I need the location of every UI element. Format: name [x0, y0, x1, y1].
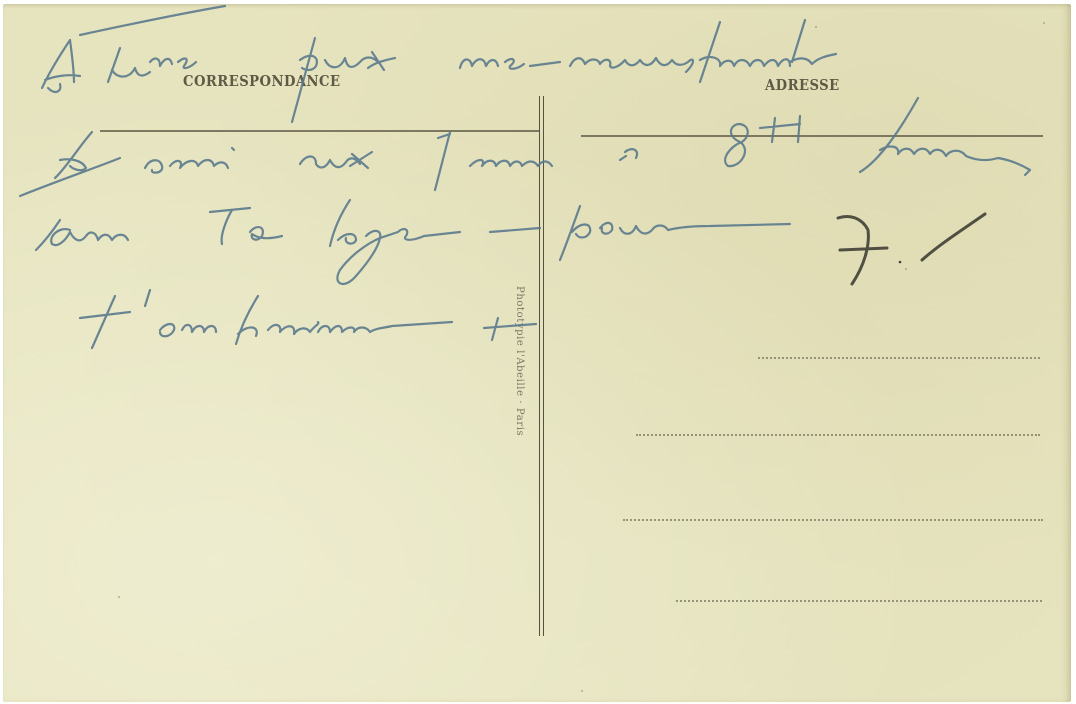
address-line-3: [623, 519, 1043, 521]
correspondence-underline: [100, 130, 540, 132]
correspondence-label: CORRESPONDANCE: [183, 72, 341, 90]
address-line-1: [758, 357, 1040, 359]
address-line-4: [676, 600, 1042, 602]
publisher-imprint: Phototypie l'Abeille · Paris: [514, 286, 525, 436]
paper-speck: [815, 26, 817, 28]
center-divider: [539, 96, 544, 636]
address-line-2: [636, 434, 1040, 436]
postcard-back: CORRESPONDANCE ADRESSE Phototypie l'Abei…: [3, 4, 1071, 702]
paper-speck: [581, 690, 583, 692]
address-underline: [581, 135, 1043, 137]
paper-speck: [118, 596, 120, 598]
address-label: ADRESSE: [765, 76, 840, 94]
paper-speck: [1043, 22, 1045, 24]
paper-speck: [905, 268, 907, 270]
